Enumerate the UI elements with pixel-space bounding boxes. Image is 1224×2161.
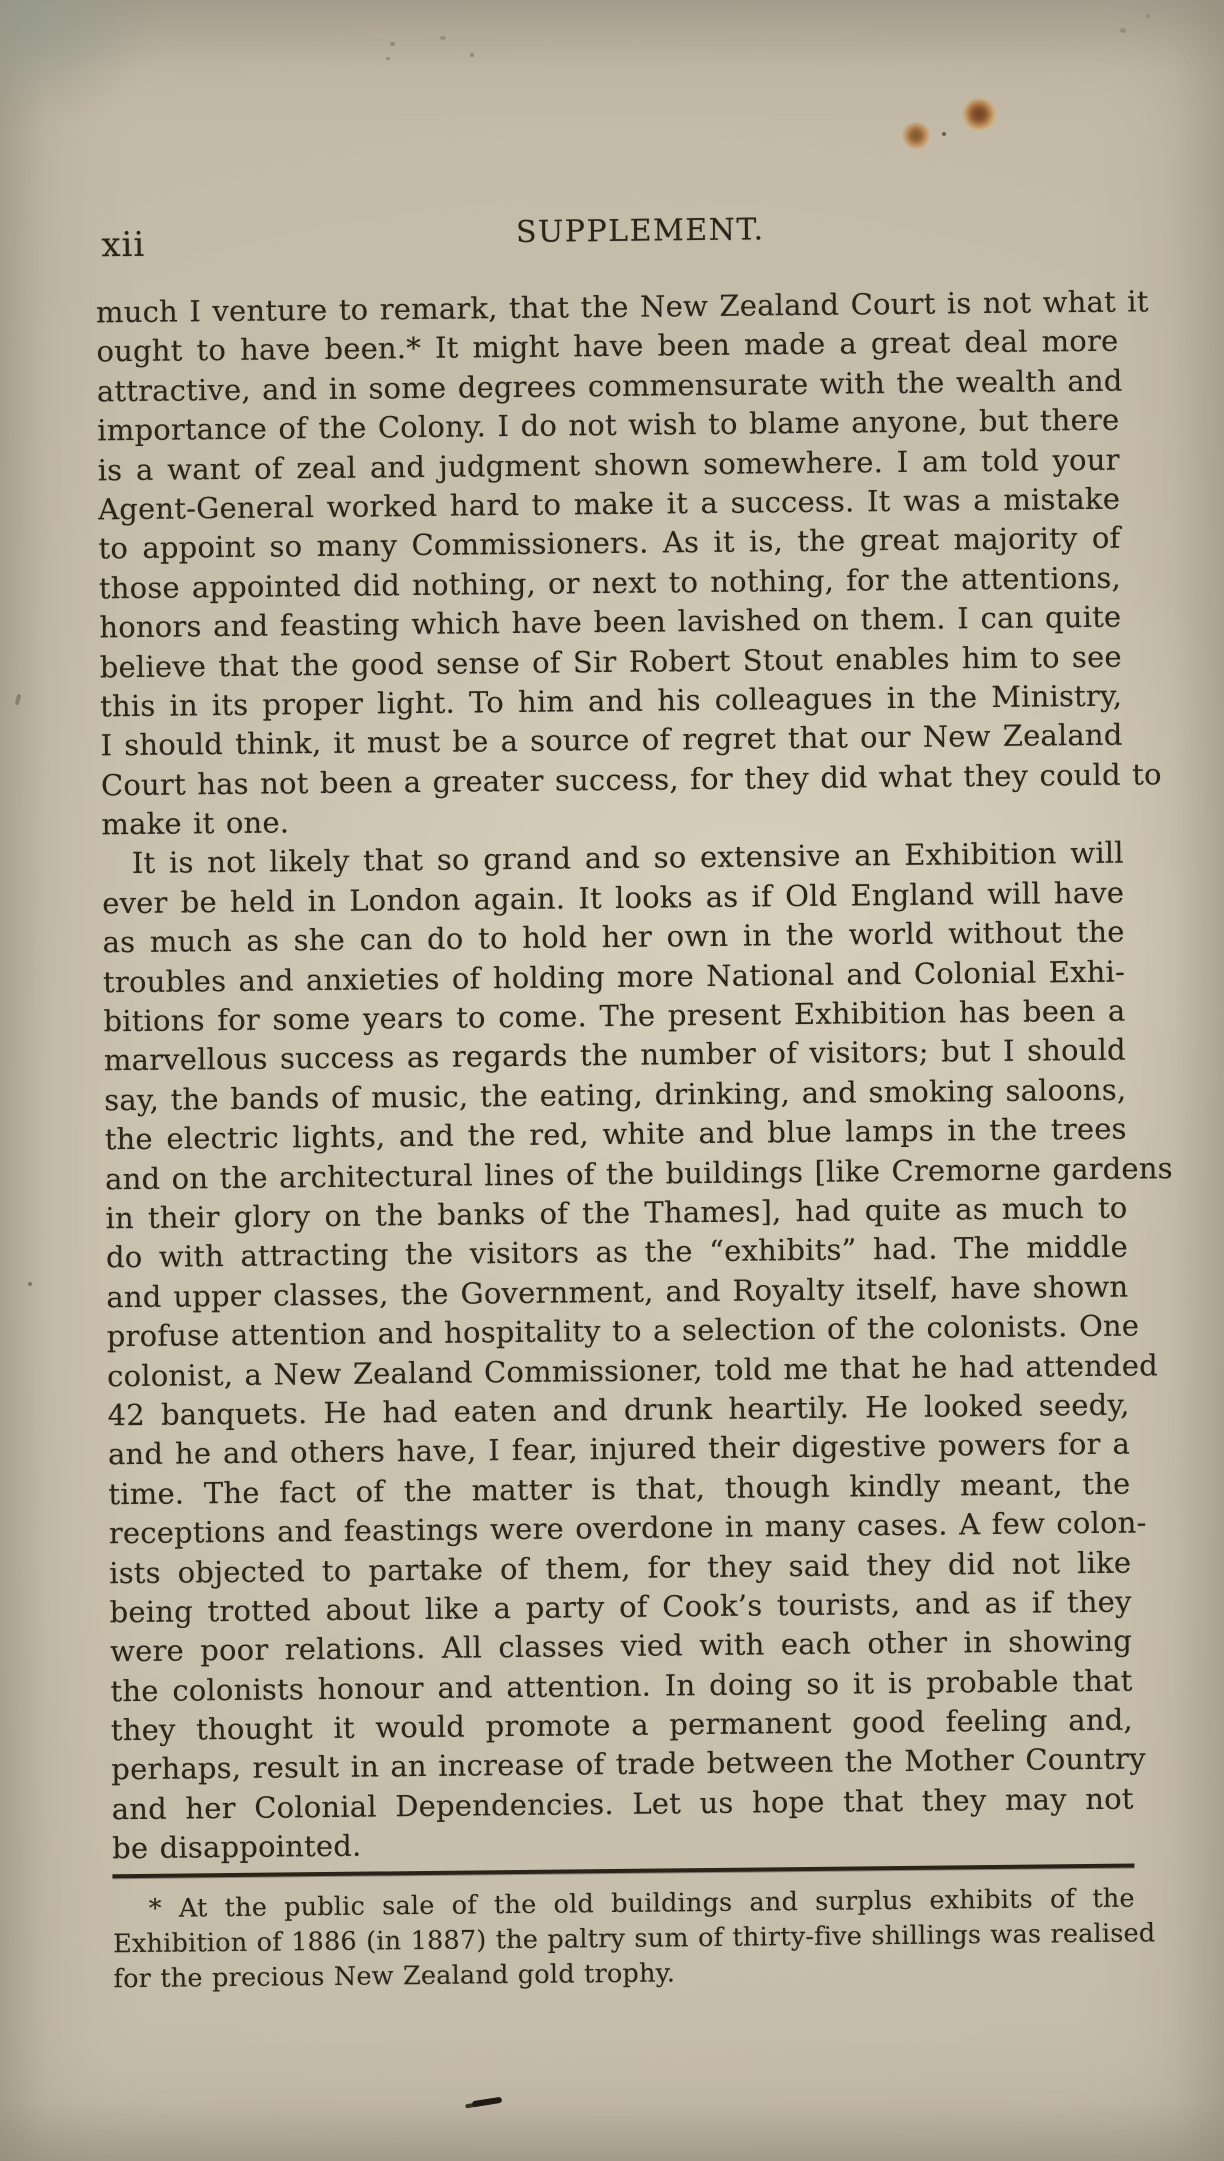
running-title: SUPPLEMENT. [129,208,1151,254]
paragraph-2: It is not likely that so grand and so ex… [102,834,1135,1869]
paper-speck [390,42,395,46]
margin-mark [28,1282,32,1286]
margin-mark [15,694,22,706]
footnote-section: * At the public sale of the old building… [112,1863,1135,1997]
paragraph-1: much I venture to remark, that the New Z… [96,283,1124,845]
scanned-book-page: xii SUPPLEMENT. much I venture to remark… [0,0,1224,2161]
page-header: xii SUPPLEMENT. [95,203,1118,294]
foxing-spot [962,98,996,130]
foxing-spot [902,122,930,149]
body-text: much I venture to remark, that the New Z… [96,283,1134,1869]
paper-speck [1146,14,1150,18]
footnote-text: * At the public sale of the old building… [113,1881,1136,1997]
paper-speck [440,36,446,40]
paper-stain [0,0,160,125]
paper-speck [470,53,474,57]
paper-speck [1120,28,1126,33]
ink-mark [472,2097,503,2108]
page-content: xii SUPPLEMENT. much I venture to remark… [95,203,1136,1997]
paper-speck [942,132,946,136]
paper-speck [386,57,390,60]
